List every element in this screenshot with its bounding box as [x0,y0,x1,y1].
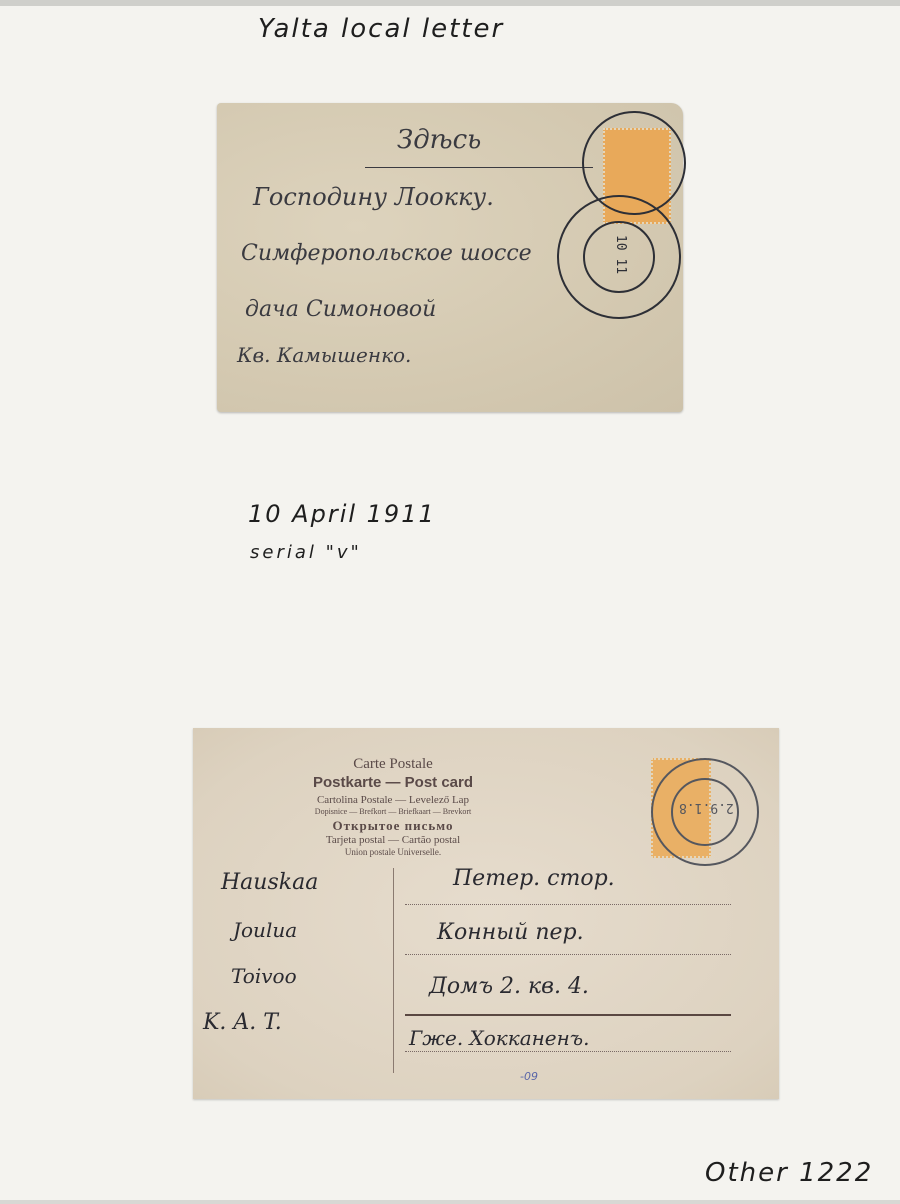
cover-line-4: дача Симоновой [245,297,436,322]
scan-top-edge [0,0,900,6]
cover-line-1: Здѣсь [397,125,481,155]
address-rule-2 [405,954,731,955]
pencil-note: -09 [520,1070,538,1083]
address-rule-4 [405,1051,731,1052]
postcard: Carte Postale Postkarte — Post card Cart… [193,728,779,1099]
sender-line-4: K. A. T. [203,1010,282,1035]
postcard-divider [393,868,394,1073]
scan-bottom-edge [0,1200,900,1204]
address-rule-3 [405,1014,731,1016]
sender-line-3: Toivoo [231,964,297,988]
date-note: 10 April 1911 [248,500,436,528]
postcard-header-7: Union postale Universelle. [243,847,543,857]
address-line-4: Гжe. Хокканенъ. [409,1026,590,1050]
postcard-header-6: Tarjeta postal — Cartão postal [243,834,543,846]
footer-note: Other 1222 [705,1158,873,1188]
page-title-note: Yalta local letter [258,14,504,44]
postcard-header-3: Cartolina Postale — Levelező Lap [243,794,543,806]
postcard-header-4: Dopisnice — Brefkort — Briefkaart — Brev… [243,807,543,816]
cover-line-3: Симферопольское шоссе [241,241,532,266]
address-line-2: Конный пер. [437,920,584,945]
address-line-3: Домъ 2. кв. 4. [429,974,589,999]
postmark-lower: 10 11 [557,195,681,319]
sender-line-2: Joulua [233,918,297,942]
postcard-postmark-date: 2.9.1.8 [679,800,734,815]
sender-line-1: Hauskaa [221,870,318,895]
serial-note: serial "v" [250,542,362,563]
postmark-date: 10 11 [613,235,628,274]
postcard-header-2: Postkarte — Post card [243,774,543,791]
postcard-header-5: Открытое письмо [243,818,543,834]
address-rule-1 [405,904,731,905]
postcard-postmark: 2.9.1.8 [651,758,759,866]
address-line-1: Петер. стор. [453,866,615,891]
cover-line-5: Кв. Камышенко. [237,343,411,367]
postcard-header-1: Carte Postale [243,756,543,773]
cover-line-2: Господину Лоокку. [253,183,494,211]
yalta-cover: Здѣсь Господину Лоокку. Симферопольское … [217,103,683,412]
cover-underline [365,167,593,168]
